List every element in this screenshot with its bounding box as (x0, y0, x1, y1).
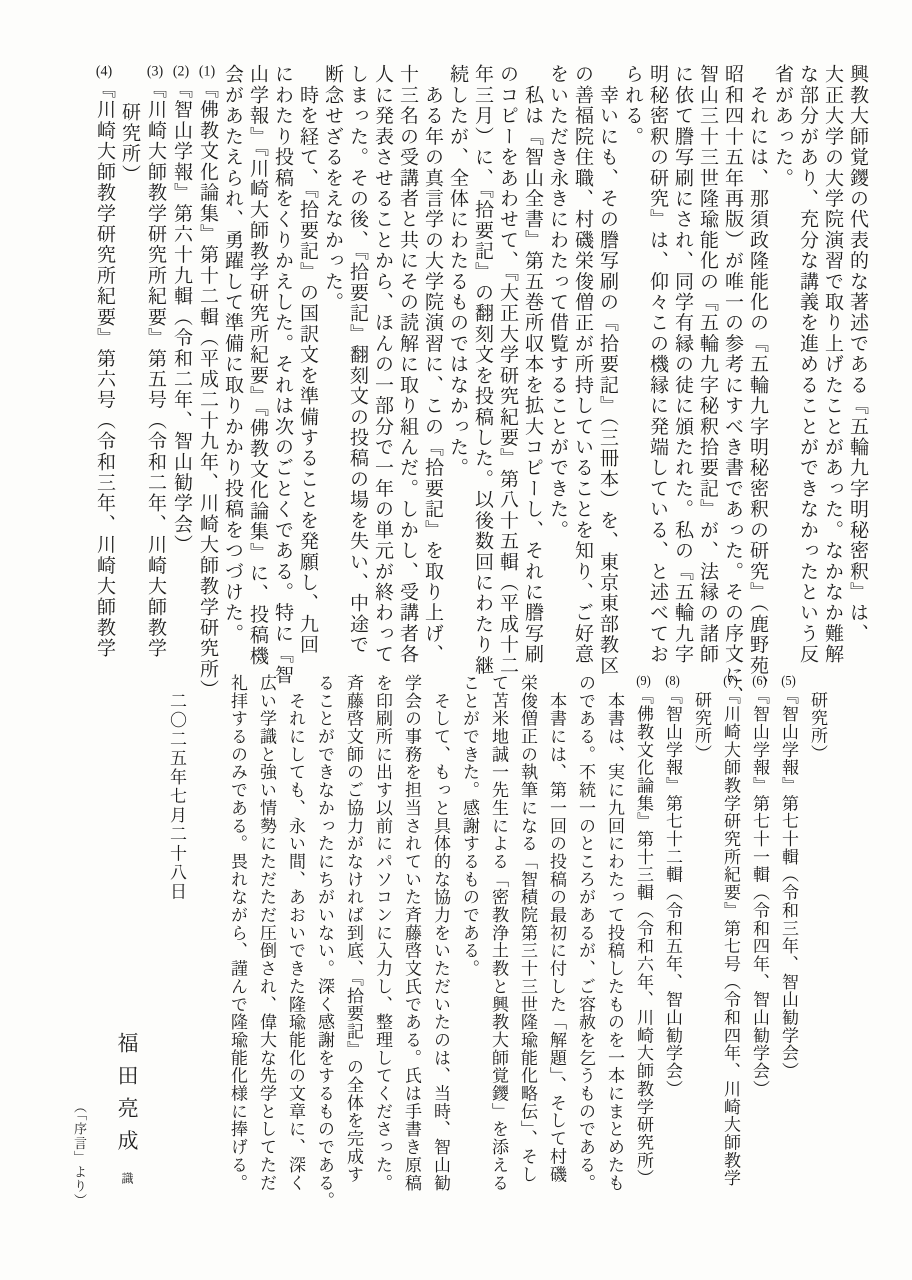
text-column: しまった。その後、『拾要記』翻刻文の投稿の場を失い、中途で (345, 64, 370, 678)
text-column: のコピーをあわせて、『大正大学研究紀要』第八十五輯（平成十二 (495, 64, 520, 678)
text-column: に依て謄写刷にされ、同学有縁の徒に頒たれた。私の『五輪九字 (670, 64, 695, 678)
text-column: 昭和四十五年再版）が唯一の参考にすべき書であった。その序文に、 (720, 64, 745, 678)
text-column: ることができなかったにちがいない。深く感謝をするものである。 (310, 674, 339, 1226)
text-column: それにしても、永い間、あおいできた隆瑜能化の文章に、深く (281, 674, 310, 1226)
text-column: のである。不統一のところがあるが、ご容赦を乞うものである。 (571, 674, 600, 1226)
list-item-number: (5) (781, 674, 796, 687)
date-column: 二〇二五年七月二十八日 (164, 692, 189, 901)
text-column: 研究所） (803, 674, 832, 1226)
text-column: 山学報』『川崎大師教学研究所紀要』『佛教文化論集』に、投稿機 (245, 64, 270, 678)
text-column: そして、もっと具体的な協力をいただいたのは、当時、智山勧 (426, 674, 455, 1226)
list-item-number: (4) (96, 64, 112, 79)
text-column: (9)『佛教文化論集』第十三輯（令和六年、川崎大師教学研究所） (629, 674, 658, 1226)
text-column: 十三名の受講者と共にその読解に取り組んだ。しかし、受講者各 (395, 64, 420, 678)
list-item-number: (1) (199, 64, 215, 79)
signature: 福田亮成識 (112, 1032, 142, 1184)
text-column: 年三月）に、『拾要記』の翻刻文を投稿した。以後数回にわたり継 (470, 64, 495, 678)
text-column: 栄俊僧正の執筆になる「智積院第三十三世隆瑜能化略伝」、そし (513, 674, 542, 1226)
preface-text-block-2: 研究所）(5)『智山学報』第七十輯（令和三年、智山勧学会）(6)『智山学報』第七… (223, 674, 832, 1226)
list-item-number: (7) (723, 674, 738, 687)
text-column: ことができた。感謝するものである。 (455, 674, 484, 1226)
list-item-number: (8) (665, 674, 680, 687)
text-column: 大正大学の大学院演習で取り上げたことがあった。なかなか難解 (820, 64, 845, 678)
text-column: 学会の事務を担当されていた斉藤啓文氏である。氏は手書き原稿 (397, 674, 426, 1226)
text-column: 興教大師覚鑁の代表的な著述である『五輪九字明秘密釈』は、 (845, 64, 870, 678)
text-column: て苫米地誠一先生による「密教浄土教と興教大師覚鑁」を添える (484, 674, 513, 1226)
text-column: ある年の真言学の大学院演習に、この『拾要記』を取り上げ、 (420, 64, 445, 678)
text-column: それには、那須政隆能化の『五輪九字明秘密釈の研究』（鹿野苑、 (745, 64, 770, 678)
text-column: 本書には、第一回の投稿の最初に付した「解題」、そして村磯 (542, 674, 571, 1226)
scanned-preface-page: 興教大師覚鑁の代表的な著述である『五輪九字明秘密釈』は、大正大学の大学院演習で取… (0, 0, 912, 1280)
text-column: 続したが、全体にわたるものではなかった。 (445, 64, 470, 678)
signature-suffix: 識 (120, 1162, 134, 1184)
text-column: (7)『川崎大師教学研究所紀要』第七号（令和四年、川崎大師教学 (716, 674, 745, 1226)
text-column: 幸いにも、その謄写刷の『拾要記』（三冊本）を、東京東部教区 (595, 64, 620, 678)
text-column: 断念せざるをえなかった。 (320, 64, 345, 678)
text-column: (5)『智山学報』第七十輯（令和三年、智山勧学会） (774, 674, 803, 1226)
list-item-number: (2) (173, 64, 189, 79)
text-column: の善福院住職、村磯栄俊僧正が所持していることを知り、ご好意 (570, 64, 595, 678)
text-column: 明秘密釈の研究』は、仰々この機縁に発端している、と述べてお (645, 64, 670, 678)
text-column: 研究所） (687, 674, 716, 1226)
text-column: 省があった。 (770, 64, 795, 678)
text-column: 広い学識と強い情勢にただただ圧倒され、偉大な先学としてただ (252, 674, 281, 1226)
text-column: 斉藤啓文師のご協力がなければ到底、『拾要記』の全体を完成す (339, 674, 368, 1226)
source-note: （「序言」より） (70, 1100, 89, 1208)
list-item-number: (3) (147, 64, 163, 79)
text-column: 礼拝するのみである。畏れながら、謹んで隆瑜能化様に捧げる。 (223, 674, 252, 1226)
text-column: を印刷所に出す以前にパソコンに入力し、整理してくださった。 (368, 674, 397, 1226)
text-column: をいただき永きにわたって借覧することができた。 (545, 64, 570, 678)
text-column: 人に発表させることから、ほんの一部分で一年の単元が終わって (370, 64, 395, 678)
text-column: (2)『智山学報』第六十九輯（令和二年、智山勧学会） (168, 64, 194, 678)
text-column: 私は『智山全書』第五巻所収本を拡大コピーし、それに謄写刷 (520, 64, 545, 678)
text-column: 智山三十三世隆瑜能化の『五輪九字秘釈拾要記』が、法縁の諸師 (695, 64, 720, 678)
list-item-number: (6) (752, 674, 767, 687)
preface-text-block-1: 興教大師覚鑁の代表的な著述である『五輪九字明秘密釈』は、大正大学の大学院演習で取… (91, 64, 870, 678)
text-column: (3)『川崎大師教学研究所紀要』第五号（令和二年、川崎大師教学 (142, 64, 168, 678)
text-column: な部分があり、充分な講義を進めることができなかったという反 (795, 64, 820, 678)
text-column: (4)『川崎大師教学研究所紀要』第六号（令和三年、川崎大師教学 (91, 64, 117, 678)
text-column: (8)『智山学報』第七十二輯（令和五年、智山勧学会） (658, 674, 687, 1226)
text-column: 本書は、実に九回にわたって投稿したものを一本にまとめたも (600, 674, 629, 1226)
text-column: 時を経て、『拾要記』の国訳文を準備することを発願し、九回 (295, 64, 320, 678)
text-column: にわたり投稿をくりかえした。それは次のごとくである。特に『智 (270, 64, 295, 678)
list-item-number: (9) (636, 674, 651, 687)
text-column: 研究所） (117, 64, 142, 678)
signature-name: 福田亮成 (115, 1032, 139, 1162)
text-column: られる。 (620, 64, 645, 678)
text-column: 会があたえられ、勇躍して準備に取りかかり投稿をつづけた。 (220, 64, 245, 678)
text-column: (6)『智山学報』第七十一輯（令和四年、智山勧学会） (745, 674, 774, 1226)
text-column: (1)『佛教文化論集』第十二輯（平成二十九年、川崎大師教学研究所） (194, 64, 220, 678)
